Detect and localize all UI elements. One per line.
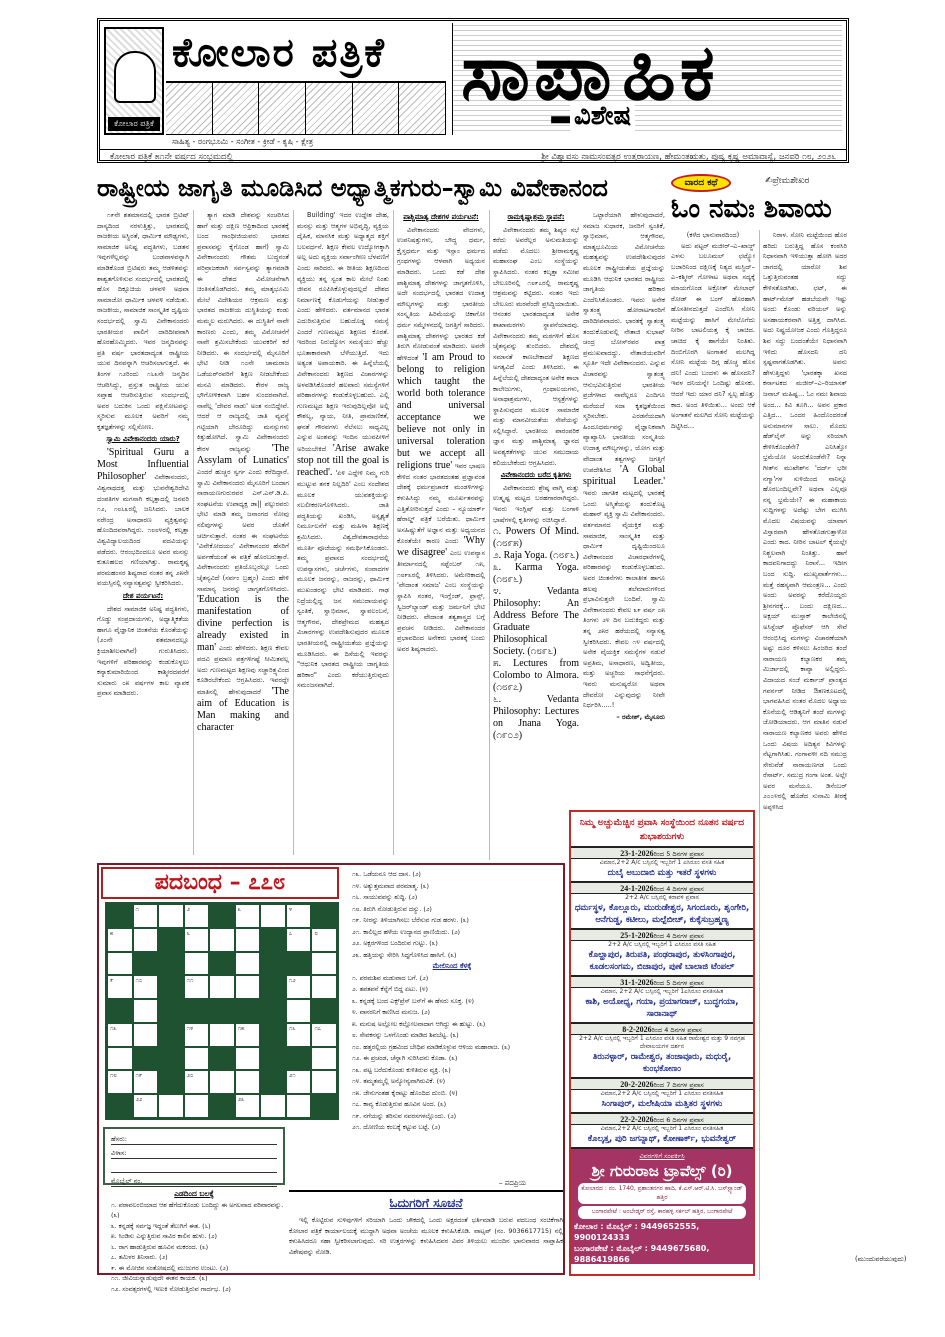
crossword-cell[interactable] bbox=[311, 1047, 337, 1071]
crossword-black-cell bbox=[184, 999, 210, 1023]
article-column-6: ಒಟ್ಟಾರೆಯಾಗಿ ಹೇಳುವುದಾದರೆ, ಸಮಾಜ ಸುಧಾರಕ, ಜನ… bbox=[583, 210, 665, 810]
tour-start-date: 24-1-2026 bbox=[620, 884, 653, 893]
story-paragraph: ಅದು ಪಟ್ಟರ್ ಮಜೀರ್–ಎ–ಖಾಜ್ಜ್ ಎಳಸು ಬಲೂಮಲ್ ಛಟ… bbox=[671, 241, 755, 432]
tour-duration: ರಿಂದ 7 ದಿನಗಳ ಪ್ರವಾಸ bbox=[654, 1081, 704, 1089]
tour-package: 25-1-2026ರಿಂದ 4 ದಿನಗಳ ಪ್ರವಾಸ2+2 A/c ಬಸ್ಸ… bbox=[571, 930, 753, 977]
crossword-cell[interactable]: ೪ bbox=[286, 904, 312, 928]
crossword-clue: ೨೧. ಕಾಲಿಲ್ಲದ ಹಳೆಯ ಉದ್ಯಾನದ ಪ್ರಾಣಿಯಿದು. (೨… bbox=[344, 927, 560, 939]
masthead: ಕೋಲಾರ ಪತ್ರಿಕೆ ಕೋಲಾರ ಪತ್ರಿಕೆ ಸಾಹಿತ್ಯ - ರಂ… bbox=[97, 18, 849, 163]
crossword-clue: ೧೪. ತಮ್ಮತಮ್ಮಲ್ಲಿ ಅನ್ಯೋನ್ಯವಾಗಿರುವಿಕೆ. (೪) bbox=[344, 1076, 560, 1088]
crossword-credit: – ಪದಪ್ರಿಯ bbox=[499, 1179, 526, 1188]
article-paragraph: ವಿವೇಕಾನಂದರು, ವಿಶ್ವನಾಥದತ್ತ ಮತ್ತು ಭುವನೇಶ್ವ… bbox=[97, 473, 189, 587]
tour-description: 2+2 A/c ಬಸ್ಸಿನಲ್ಲಿ ಇಬ್ಬರಿಗೆ 1 ಎಸಿರೂಂ ವಸತ… bbox=[571, 941, 753, 949]
crossword-black-cell bbox=[158, 1047, 184, 1071]
section-heading-who: ಸ್ವಾಮಿ ವಿವೇಕಾನಂದರು ಯಾರು? bbox=[97, 434, 189, 445]
ball-icon bbox=[399, 83, 446, 134]
crossword-black-cell bbox=[158, 1070, 184, 1094]
crossword-cell[interactable] bbox=[286, 999, 312, 1023]
crossword-cell[interactable] bbox=[107, 952, 133, 976]
tour-date: 24-1-2026ರಿಂದ 4 ದಿನಗಳ ಪ್ರವಾಸ bbox=[571, 883, 753, 894]
bangarapet-address: ಬಂಗಾರಪೇಟೆ : ಅಂಬೇಡ್ಕರ್ ರಸ್ತೆ, ಕಾರಹಳ್ಳಿ ಸರ… bbox=[578, 1206, 746, 1219]
tour-destinations: ತಿರುನಳ್ಳಾರ್, ರಾಮೇಶ್ವರ, ತಂಜಾವೂರು, ಮಧುರೈ, … bbox=[571, 1051, 753, 1077]
works-list-item: ೪. Vedanta Philosophy: An Address Before… bbox=[493, 586, 579, 658]
agriculture-icon bbox=[353, 83, 400, 134]
crossword-black-cell bbox=[158, 952, 184, 976]
continued-from-label: (ಕಳೆದ ಭಾನುವಾರದಿಂದ) bbox=[671, 230, 755, 241]
crossword-cell[interactable] bbox=[184, 952, 210, 976]
contact-label: ವಿವರಗಳಿಗೆ ಸಂಪರ್ಕಿಸಿ bbox=[574, 1152, 750, 1161]
column-divider bbox=[759, 230, 760, 1280]
continued-label: (ಮುಂದುವರೆಯುವುದು) bbox=[855, 1255, 906, 1264]
masthead-tagline: ಸಾಹಿತ್ಯ - ರಂಗಭೂಮಿ - ಸಂಗೀತ - ಕ್ರೀಡೆ - ಕೃಷ… bbox=[166, 135, 446, 149]
crossword-cell[interactable] bbox=[235, 975, 261, 999]
name-field[interactable]: ಹೆಸರು: bbox=[111, 1132, 277, 1145]
column-divider bbox=[489, 210, 490, 860]
ad-contact-footer: ವಿವರಗಳಿಗೆ ಸಂಪರ್ಕಿಸಿ ಶ್ರೀ ಗುರುರಾಜ ಟ್ರಾವೆಲ… bbox=[571, 1149, 753, 1264]
crossword-cell[interactable]: ೧೬ bbox=[286, 1023, 312, 1047]
crossword-black-cell bbox=[260, 975, 286, 999]
crossword-cell[interactable]: ೧೩ bbox=[107, 1023, 133, 1047]
crossword-clue: ೧೪. ಅತ್ಯುತ್ತಮವಾದ ಪರಮಾತ್ಮ. (೩) bbox=[344, 881, 560, 893]
crossword-cell[interactable]: ೨೧ bbox=[286, 1070, 312, 1094]
crossword-black-cell bbox=[107, 999, 133, 1023]
crossword-black-cell bbox=[260, 928, 286, 952]
music-instrument-icon bbox=[259, 83, 306, 134]
crossword-cell[interactable]: ೧೪ bbox=[184, 1023, 210, 1047]
tour-start-date: 8-2-2026 bbox=[622, 1025, 651, 1034]
date-text: ಶ್ರೀ ವಿಶ್ವಾವಸು ನಾಮಸಂವತ್ಸರ ಉತ್ತರಾಯಣ, ಹೇಮಂ… bbox=[541, 150, 836, 163]
tour-date: 23-1-2026ರಿಂದ 5 ದಿನಗಳ ಪ್ರವಾಸ bbox=[571, 848, 753, 859]
article-column-2: ತ್ಯಾಗ ಮಾಡಿ ದೇಶವನ್ನು ಸಂಚರಿಸಿದ ಹಾಗೆ ಮತ್ತು … bbox=[197, 210, 289, 855]
phone-label: ಕೋಲಾರ : ಮೊಬೈಲ್ : bbox=[574, 1222, 638, 1231]
crossword-cell[interactable]: ೧೧ bbox=[184, 975, 210, 999]
crossword-clue: ೧. ಪರಮಶಿವ ಮಡುವಾದ ಬಗೆ. (೨) bbox=[344, 973, 560, 985]
tour-duration: ರಿಂದ 5 ದಿನಗಳ ಪ್ರವಾಸ bbox=[654, 850, 704, 858]
paper-name: ಕೋಲಾರ ಪತ್ರಿಕೆ bbox=[166, 27, 446, 79]
article-byline: – ರಮೇಶ್, ಮೈಸೂರು bbox=[583, 712, 665, 723]
crossword-clue: ೧೯. ನೀರನ್ನು ತಿಳಿಯಾಗಿಸಲು ಬೆರೆಸುವ ಗುಡ ಹರಳು… bbox=[344, 915, 560, 927]
tour-description: ವಿಮಾನ, 2+2 A/c ಬಸ್ಸಿನಲ್ಲಿ ಇಬ್ಬರಿಗೆ 1ಎಸಿರ… bbox=[571, 988, 753, 996]
address-label: ವಿಳಾಸ: bbox=[111, 1149, 137, 1158]
section-heading-tour: ದೇಶ ಪರ್ಯಟನೆ: bbox=[97, 591, 189, 602]
tour-start-date: 25-1-2026 bbox=[620, 931, 653, 940]
crossword-black-cell bbox=[133, 1047, 159, 1071]
sports-racket-icon bbox=[306, 83, 353, 134]
name-label: ಹೆಸರು: bbox=[111, 1135, 137, 1144]
crossword-cell[interactable]: ೭ bbox=[286, 928, 312, 952]
tour-description: 2+2 A/c ಬಸ್ಸಿನಲ್ಲಿ ಇಬ್ಬರಿಗೆ 1 ಎಸಿರೂಂ ವಸತ… bbox=[571, 1035, 753, 1051]
crossword-clue: ೧೫. ಜೇನುಗಂತಹ ಕೈರಾಟ್ಟು ಹೊಂದಿದ ದುಂಬಿ. (೪) bbox=[344, 1088, 560, 1100]
tour-start-date: 31-1-2026 bbox=[620, 978, 653, 987]
crossword-section: ಪದಬಂಧ – ೭೭೮ ೧೨೩೪೫೬೭೮೯೧೦೧೧೧೨೧೩೧೪೧೫೧೬೧೭೧೮೧… bbox=[97, 863, 565, 1275]
crossword-clue: ೧೬. ಸಾಯುವವನ್ನು ಶುದ್ಧಿ. (೨) bbox=[344, 892, 560, 904]
tour-description: ವಿಮಾನ,2+2 A/c ಬಸ್ಸಿನಲ್ಲಿ ಇಬ್ಬರಿಗೆ 1 ಎಸಿರ… bbox=[571, 1125, 753, 1133]
crossword-black-cell bbox=[209, 904, 235, 928]
crossword-clue: ೧೦. ಹತ್ತರಲ್ಲಿಯ ಗ್ರಹವಿಂದ ಬೇಧಿಪ ಮಾಡಿಕೊಳ್ಳು… bbox=[344, 1042, 560, 1054]
article-paragraph: ಎಂದರೆ ಹುಚ್ಚರ ಸ್ವರ್ಗ ಎಂದು ಕರೆದಿದ್ದಾರೆ. ಸ್… bbox=[197, 468, 289, 593]
crossword-clue: ೯. ಈ ಮೋಜಿನ ಸಂತೋಷದಲ್ಲಿ ಮುಜುಗರ ಉಂಟು. (೨) bbox=[103, 1263, 285, 1274]
crossword-cell[interactable]: ೧೯ bbox=[133, 1070, 159, 1094]
travel-brand-name: ಶ್ರೀ ಗುರುರಾಜ ಟ್ರಾವೆಲ್ಸ್ (ರಿ) bbox=[574, 1161, 750, 1181]
works-list-item: ೫. Lectures from Colombo to Almora. (೧೮೯… bbox=[493, 658, 579, 694]
tour-description: 2+2 A/c ಬಸ್ಸಿನಲ್ಲಿ ಕರಾವಳಿ ಪ್ರವಾಸ bbox=[571, 894, 753, 902]
article-paragraph: ಇವರು ಜಾಗತಿಕ ಮಟ್ಟದಲ್ಲಿ ಭಾರತಕ್ಕೆ ಒಂದು ಅಸ್ಮ… bbox=[583, 489, 665, 709]
supplement-name: ಸಾಪ್ತಾಹಿಕ bbox=[452, 23, 842, 135]
bangarapet-phones: ಬಂಗಾರಪೇಟೆ : ಮೊಬೈಲ್ : 9449675680, 9886419… bbox=[574, 1243, 750, 1265]
crossword-cell[interactable]: ೯ bbox=[107, 975, 133, 999]
story-author: ✍ಪ್ರೇಮಶೇಖರ bbox=[765, 176, 809, 186]
crossword-black-cell bbox=[133, 952, 159, 976]
crossword-cell[interactable] bbox=[235, 1070, 261, 1094]
article-paragraph: 'ಏಳಿ ಎದ್ದೇಳಿ ನಿಮ್ಮ ಗುರಿ ಮುಟ್ಟುವ ತನಕ ನಿಲ್… bbox=[297, 469, 389, 689]
works-list-item: ೩. Karma Yoga. (೧೮೯೬) bbox=[493, 562, 579, 586]
elephant-icon bbox=[114, 51, 156, 103]
kolar-phones: ಕೋಲಾರ : ಮೊಬೈಲ್ : 9449652555, 9900124333 bbox=[574, 1221, 750, 1243]
tour-duration: ರಿಂದ 4 ದಿನಗಳ ಪ್ರವಾಸ bbox=[652, 1026, 702, 1034]
crossword-clue: ೧೧. ಜೀವಿಯನ್ನಾಡುವುದೇ ಈತನ ಕಾಯಕ. (೩) bbox=[103, 1273, 285, 1284]
crossword-cell[interactable] bbox=[286, 1094, 312, 1118]
crossword-cell[interactable]: ೨೦ bbox=[184, 1070, 210, 1094]
story-column-2: ನಿರಾಳ. ಸೋನಿ ಮಟ್ಟೆಯಿಂದ ಹೊರ ಹರಿದು ಬರುತ್ತಿದ… bbox=[763, 230, 847, 1275]
elephant-logo-icon: ಕೋಲಾರ ಪತ್ರಿಕೆ bbox=[104, 27, 164, 135]
kolar-address: ಕೋಲಾರದ : ನಂ. 1740, ಪ್ರಶಾಂತನಗರ ಹಾದಿ, ಕೆ.ಎ… bbox=[578, 1183, 746, 1204]
crossword-cell[interactable] bbox=[133, 928, 159, 952]
crossword-cell[interactable] bbox=[311, 975, 337, 999]
crossword-black-cell bbox=[260, 1023, 286, 1047]
tour-destinations: ಕಾಶಿ, ಅಯೋಧ್ಯ, ಗಯಾ, ಪ್ರಯಾಗರಾಜ್, ಬುದ್ಧಗಯಾ,… bbox=[571, 996, 753, 1022]
works-list-item: ೬. Vedanta Philosophy: Lectures on Jnana… bbox=[493, 694, 579, 742]
crossword-cell[interactable]: ೫ bbox=[107, 928, 133, 952]
crossword-cell[interactable]: ೧೨ bbox=[286, 975, 312, 999]
newspaper-page: ಕೋಲಾರ ಪತ್ರಿಕೆ ಕೋಲಾರ ಪತ್ರಿಕೆ ಸಾಹಿತ್ಯ - ರಂ… bbox=[97, 18, 849, 1318]
crossword-clue: ೧೮. ತಿರುಗಿ ನೋಡುತ್ತಿರುವ ದಸ್ಯು. (೨) bbox=[344, 904, 560, 916]
crossword-cell[interactable]: ೧೦ bbox=[133, 975, 159, 999]
across-clues-heading: ಎಡದಿಂದ ಬಲಕ್ಕೆ bbox=[103, 1189, 285, 1200]
article-paragraph: ಇವರ ಭಾಷಣ ಕೇಳಿದ ನಂತರ ಭಾರತದಂತಹ ಪ್ರಜ್ಞಾವಂತ … bbox=[397, 462, 485, 546]
column-divider bbox=[293, 210, 294, 855]
tour-package: 8-2-2026ರಿಂದ 4 ದಿನಗಳ ಪ್ರವಾಸ2+2 A/c ಬಸ್ಸಿ… bbox=[571, 1024, 753, 1079]
crossword-clue: ೨. ತಪತಪನೆ ಕೆನ್ನೆಗೆ ಬಿದ್ದ ಏಟು. (೪) bbox=[344, 984, 560, 996]
crossword-cell[interactable] bbox=[209, 928, 235, 952]
article-paragraph: ವಿವೇಕಾನಂದರು ತಮ್ಮ ಶಿಷ್ಯರ ಸಭೆ ಕರೆದು ಅವರೆಲ್… bbox=[493, 225, 579, 469]
supplement-subtitle: ವಿಶೇಷ bbox=[570, 101, 635, 132]
readers-notice: ಓದುಗರಿಗೆ ಸೂಚನೆ ಇಲ್ಲಿ ಕೊಟ್ಟಿರುವ ಸುಳಿವುಗಳಿ… bbox=[289, 1190, 563, 1257]
down-clues-heading: ಮೇಲಿನಿಂದ ಕೆಳಕ್ಕೆ bbox=[344, 961, 560, 973]
tour-destinations: ಸಿಂಗಾಪುರ್, ಮಲೇಷಿಯಾ ಮತ್ತಿತರ ಸ್ಥಳಗಳು bbox=[571, 1098, 753, 1112]
crossword-clue: ೧೯. ನಗೆಯನ್ನು ತರಿಸುವ ನವರಸಗಳಲ್ಲೊಂದು. (೨) bbox=[344, 1111, 560, 1123]
crossword-black-cell bbox=[209, 952, 235, 976]
crossword-black-cell bbox=[209, 1094, 235, 1118]
tour-date: 25-1-2026ರಿಂದ 4 ದಿನಗಳ ಪ್ರವಾಸ bbox=[571, 930, 753, 941]
crossword-black-cell bbox=[107, 1094, 133, 1118]
crossword-cell[interactable] bbox=[235, 1047, 261, 1071]
crossword-cell[interactable]: ೬ bbox=[184, 928, 210, 952]
tour-start-date: 23-1-2026 bbox=[620, 849, 653, 858]
crossword-cell[interactable]: ೩ bbox=[235, 904, 261, 928]
tour-package: 20-2-2026ರಿಂದ 7 ದಿನಗಳ ಪ್ರವಾಸವಿಮಾನ,2+2 A/… bbox=[571, 1079, 753, 1114]
crossword-cell[interactable] bbox=[158, 904, 184, 928]
tour-start-date: 20-2-2026 bbox=[620, 1080, 653, 1089]
crossword-black-cell bbox=[209, 999, 235, 1023]
english-quote: 'I am Proud to belong to religion which … bbox=[397, 352, 485, 471]
crossword-cell[interactable] bbox=[158, 1094, 184, 1118]
crossword-clue: ೧೩. ಒಡೆಯನೂ ಆದ ದಾಸ. (೨) bbox=[344, 869, 560, 881]
crossword-grid: ೧೨೩೪೫೬೭೮೯೧೦೧೧೧೨೧೩೧೪೧೫೧೬೧೭೧೮೧೯೨೦೨೧೨೨೨೩ bbox=[105, 902, 339, 1120]
mobile-label: ಮೊಬೈಲ್ ನಂ. bbox=[111, 1177, 171, 1186]
column-divider bbox=[193, 210, 194, 855]
tour-date: 20-2-2026ರಿಂದ 7 ದಿನಗಳ ಪ್ರವಾಸ bbox=[571, 1079, 753, 1090]
crossword-clue: ೨೨. ಅಕ್ಷರಗಳಿಂದ ಬಂದಿರುವ ಗುಟ್ಟು. (೩) bbox=[344, 938, 560, 950]
crossword-clue: ೧. ಪರಾವಲಂಬಿಯಾದ ಆಶ ಹೆಗೆದುಕೊಂಡು ಬಂದಿದ್ದು ಈ… bbox=[103, 1200, 285, 1221]
crossword-black-cell bbox=[311, 904, 337, 928]
readers-notice-title: ಓದುಗರಿಗೆ ಸೂಚನೆ bbox=[289, 1190, 563, 1211]
column-divider bbox=[393, 210, 394, 855]
tour-package: 22-2-2026ರಿಂದ 6 ದಿನಗಳ ಪ್ರವಾಸವಿಮಾನ,2+2 A/… bbox=[571, 1114, 753, 1149]
story-column-1: (ಕಳೆದ ಭಾನುವಾರದಿಂದ) ಅದು ಪಟ್ಟರ್ ಮಜೀರ್–ಎ–ಖಾ… bbox=[671, 230, 755, 810]
tour-date: 31-1-2026ರಿಂದ 5 ದಿನಗಳ ಪ್ರವಾಸ bbox=[571, 977, 753, 988]
article-paragraph: ವಿವೇಕಾನಂದರು ಶ್ರೇಷ್ಠ ವಾಗ್ಮಿ ಮತ್ತು ಉತ್ಕೃಷ್… bbox=[493, 483, 579, 525]
crossword-cell[interactable]: ೨ bbox=[184, 904, 210, 928]
crossword-cell[interactable] bbox=[235, 928, 261, 952]
article-paragraph: ತ್ಯಾಗ ಮಾಡಿ ದೇಶವನ್ನು ಸಂಚರಿಸಿದ ಹಾಗೆ ಮತ್ತು … bbox=[197, 211, 289, 453]
crossword-black-cell bbox=[158, 999, 184, 1023]
tour-date: 8-2-2026ರಿಂದ 4 ದಿನಗಳ ಪ್ರವಾಸ bbox=[571, 1024, 753, 1035]
crossword-clue: ೫. ಮನುಷ ಅಲ್ಲೋಲ ಕಲ್ಲೋಲವಾದಾಗ ಆಗಿದ್ದು ಈ ಹುಟ… bbox=[344, 1019, 560, 1031]
crossword-clue: ೧೨. ಈ ಪ್ರಚಂಡ, ಚೆನ್ನಾಗಿ ಸುರಿಸಿದನು ಕೊಡಾ. (… bbox=[344, 1053, 560, 1065]
tour-duration: ರಿಂದ 5 ದಿನಗಳ ಪ್ರವಾಸ bbox=[654, 979, 704, 987]
article-paragraph: Building' ಇದರ ಉದ್ದೇಶ ದೇಹ, ಮನಸ್ಸು ಮತ್ತು ಆ… bbox=[297, 211, 389, 453]
crossword-black-cell bbox=[235, 999, 261, 1023]
crossword-clue: ೫. ಸಿಂಡಿಸು ಎನ್ನುತ್ತಿರುವ ಸಾವಿರ ಕಾಲಿನ ಹುಳು… bbox=[103, 1231, 285, 1242]
crossword-black-cell bbox=[311, 1094, 337, 1118]
crossword-black-cell bbox=[158, 1023, 184, 1047]
article-paragraph: ವಿವೇಕಾನಂದರು ವೇದಗಳು, ಉಪನಿಷತ್ತುಗಳು, ಬೌದ್ಧ … bbox=[397, 226, 485, 362]
crossword-cell[interactable] bbox=[311, 1070, 337, 1094]
crossword-clue: ೩. ಕನ್ನಡಕ್ಕೆ ಸರ್ವಜ್ಞ ಇದ್ದಂತೆ ತೆಲುಗಿಗೆ ಈತ… bbox=[103, 1221, 285, 1232]
readers-notice-text: ಇಲ್ಲಿ ಕೊಟ್ಟಿರುವ ಸುಳಿವುಗಳಿಗೆ ಸರಿಯಾಗಿ ಒಂದು… bbox=[289, 1215, 563, 1257]
crossword-cell[interactable] bbox=[184, 1047, 210, 1071]
crossword-cell[interactable]: ೧೫ bbox=[235, 1023, 261, 1047]
article-column-3: Building' ಇದರ ಉದ್ದೇಶ ದೇಹ, ಮನಸ್ಸು ಮತ್ತು ಆ… bbox=[297, 210, 389, 855]
crossword-black-cell bbox=[107, 904, 133, 928]
crossword-cell[interactable] bbox=[107, 1047, 133, 1071]
crossword-black-cell bbox=[260, 999, 286, 1023]
across-clues-panel: ಎಡದಿಂದ ಬಲಕ್ಕೆ ೧. ಪರಾವಲಂಬಿಯಾದ ಆಶ ಹೆಗೆದುಕೊ… bbox=[103, 1189, 285, 1294]
crossword-clue: ೨೩. ಹತ್ತಿಯನ್ನು ಸೇರಿಸಿ ಸಿದ್ಧಗೊಳಿಸಿದ ಹಾಸಿಗ… bbox=[344, 950, 560, 962]
crossword-clue: ೬. ರಾಗ ಹಾಡುತ್ತಿರುವ ಹೂವಿನ ಮಕರಂದ. (೩) bbox=[103, 1242, 285, 1253]
tour-start-date: 22-2-2026 bbox=[620, 1115, 653, 1124]
crossword-clue: ೨೧. ದೋಣಿಯ ಕಂಬಕ್ಕೆ ಕಟ್ಟುವ ಬಟ್ಟೆ. (೨) bbox=[344, 1122, 560, 1134]
works-list-item: ೨. Raja Yoga. (೧೮೯೬) bbox=[493, 550, 579, 562]
crossword-cell[interactable] bbox=[133, 1023, 159, 1047]
tour-package: 23-1-2026ರಿಂದ 5 ದಿನಗಳ ಪ್ರವಾಸವಿಮಾನ,2+2 A/… bbox=[571, 848, 753, 883]
ad-header: ನಿಮ್ಮ ಅಚ್ಚುಮೆಚ್ಚಿನ ಪ್ರವಾಸಿ ಸಂಸ್ಥೆಯಿಂದ ನೂ… bbox=[571, 812, 753, 848]
tour-package: 24-1-2026ರಿಂದ 4 ದಿನಗಳ ಪ್ರವಾಸ2+2 A/c ಬಸ್ಸ… bbox=[571, 883, 753, 930]
crossword-black-cell bbox=[311, 999, 337, 1023]
address-field-line2[interactable] bbox=[111, 1160, 277, 1173]
crossword-clue: ೮. ಸೇವಕನನ್ನು ಒಳಗೊಂಡು ಮಾಡಿದ ಶಿವಬೆಟ್ಟ. (೩) bbox=[344, 1030, 560, 1042]
crossword-clue: ೧೨. ಸಂವತ್ಸರಗಳಲ್ಲಿ ಇಣುಕಿ ನೋಡುತ್ತಿರುವ ಗಾರ್… bbox=[103, 1284, 285, 1295]
phone-label: ಬಂಗಾರಪೇಟೆ : ಮೊಬೈಲ್ : bbox=[574, 1244, 648, 1253]
article-column-4: ಪಾಶ್ಚಿಮಾತ್ಯ ದೇಶಗಳ ಪರ್ಯಟನೆ: ವಿವೇಕಾನಂದರು ವ… bbox=[397, 210, 485, 860]
article-column-1: ೧೯ನೇ ಶತಮಾನದಲ್ಲಿ ಭಾರತ ಬ್ರಿಟಿಷ್ ದಾಸ್ಯದಿಂದ … bbox=[97, 210, 189, 855]
article-paragraph: ಒಟ್ಟಾರೆಯಾಗಿ ಹೇಳುವುದಾದರೆ, ಸಮಾಜ ಸುಧಾರಕ, ಜನ… bbox=[583, 211, 665, 474]
book-icon bbox=[166, 83, 213, 134]
main-headline: ರಾಷ್ಟ್ರೀಯ ಜಾಗೃತಿ ಮೂಡಿಸಿದ ಅಧ್ಯಾತ್ಮಿಕಗುರು–… bbox=[97, 170, 672, 206]
crossword-black-cell bbox=[158, 975, 184, 999]
article-paragraph: ೧೯ನೇ ಶತಮಾನದಲ್ಲಿ ಭಾರತ ಬ್ರಿಟಿಷ್ ದಾಸ್ಯದಿಂದ … bbox=[97, 210, 189, 432]
article-paragraph: ಎಂಬ ಉಪನ್ಯಾಸ ತೀರ್ಮಾನದಲ್ಲಿ ಸಪ್ಟೆಂಬರ್ ೧೫, ೧… bbox=[397, 549, 485, 653]
crossword-cell[interactable] bbox=[184, 1094, 210, 1118]
section-heading-works: ವಿವೇಕಾನಂದರು ಬರೆದ ಕೃತಿಗಳು bbox=[493, 470, 579, 481]
tour-duration: ರಿಂದ 4 ದಿನಗಳ ಪ್ರವಾಸ bbox=[654, 885, 704, 893]
crossword-cell[interactable]: ೧೭ bbox=[311, 1023, 337, 1047]
crossword-black-cell bbox=[260, 1070, 286, 1094]
tour-description: ವಿಮಾನ,2+2 A/c ಬಸ್ಸಿನಲ್ಲಿ ಇಬ್ಬರಿಗೆ 1 ಎಸಿರ… bbox=[571, 859, 753, 867]
crossword-clue: ೪. ವಾನರನಿಗೆ ಕಾಣಿಸಿದ ಮನುಜ. (೨) bbox=[344, 1007, 560, 1019]
crossword-black-cell bbox=[209, 1047, 235, 1071]
tour-destinations: ದುಬೈ ಅಬುದಾಬಿ ಮತ್ತು ಇತರೆ ಸ್ಥಳಗಳು bbox=[571, 867, 753, 881]
tour-destinations: ಕೊಲ್ಹಾಪುರ, ತಿರುಪತಿ, ಪಂಢರಾಪುರ, ತುಳಸಿಂಗಾಪು… bbox=[571, 949, 753, 975]
theatre-masks-icon bbox=[213, 83, 260, 134]
tour-description: ವಿಮಾನ,2+2 A/c ಬಸ್ಸಿನಲ್ಲಿ ಇಬ್ಬರಿಗೆ 1 ಎಸಿರ… bbox=[571, 1090, 753, 1098]
tour-duration: ರಿಂದ 4 ದಿನಗಳ ಪ್ರವಾಸ bbox=[654, 932, 704, 940]
crossword-black-cell bbox=[158, 928, 184, 952]
crossword-clue: ೧೩. ಪಟ್ಟ ಬರೆದುಕೊಂಡು ಕುಳಿತಿರುವ ವ್ಯಕ್ತಿ. (… bbox=[344, 1065, 560, 1077]
crossword-clues-panel: ೧೩. ಒಡೆಯನೂ ಆದ ದಾಸ. (೨)೧೪. ಅತ್ಯುತ್ತಮವಾದ ಪ… bbox=[344, 869, 560, 1189]
tour-package: 31-1-2026ರಿಂದ 5 ದಿನಗಳ ಪ್ರವಾಸವಿಮಾನ, 2+2 A… bbox=[571, 977, 753, 1024]
crossword-cell[interactable] bbox=[133, 999, 159, 1023]
crossword-black-cell bbox=[286, 1047, 312, 1071]
logo-caption: ಕೋಲಾರ ಪತ್ರಿಕೆ bbox=[108, 117, 160, 131]
crossword-cell[interactable]: ೮ bbox=[311, 928, 337, 952]
tour-date: 22-2-2026ರಿಂದ 6 ದಿನಗಳ ಪ್ರವಾಸ bbox=[571, 1114, 753, 1125]
crossword-cell[interactable] bbox=[235, 952, 261, 976]
dateline-bar: ಕೋಲಾರ ಪತ್ರಿಕೆ ೫೧ನೇ ವರ್ಷದ ಸಂಭ್ರಮದಲ್ಲಿ ಶ್ರ… bbox=[100, 149, 846, 163]
travel-advertisement: ನಿಮ್ಮ ಅಚ್ಚುಮೆಚ್ಚಿನ ಪ್ರವಾಸಿ ಸಂಸ್ಥೆಯಿಂದ ನೂ… bbox=[569, 810, 755, 1276]
article-paragraph: ದೇಶದ ಸಾಮಾಜಿಕ ಅನಿಷ್ಟ ಪದ್ಧತಿಗಳು, ಗೊಡ್ಡು ಸಂ… bbox=[97, 604, 189, 699]
anniversary-text: ಕೋಲಾರ ಪತ್ರಿಕೆ ೫೧ನೇ ವರ್ಷದ ಸಂಭ್ರಮದಲ್ಲಿ bbox=[110, 150, 233, 163]
crossword-cell[interactable]: ೨೩ bbox=[235, 1094, 261, 1118]
crossword-black-cell bbox=[260, 952, 286, 976]
tour-destinations: ಕೊಲ್ಕತ್ತ, ಪುರಿ ಜಗನ್ನಾಥ್, ಕೋಣಾರ್ಕ್, ಭುವನೇ… bbox=[571, 1133, 753, 1147]
crossword-black-cell bbox=[260, 1047, 286, 1071]
crossword-clue: ೩. ಕನ್ನಡಕ್ಕೆ ಬಂದ ಎಕ್ಸ್‌ಪ್ರೆಸ್ ಬಸ್‌ಗೆ ಈ ಹ… bbox=[344, 996, 560, 1008]
story-paragraph: ನಿರಾಳ. ಸೋನಿ ಮಟ್ಟೆಯಿಂದ ಹೊರ ಹರಿದು ಬರುತ್ತಿದ… bbox=[763, 230, 847, 813]
crossword-cell[interactable]: ೧ bbox=[133, 904, 159, 928]
crossword-clue: ೭. ತಮಿಳರ ತಿನಿಸಾರು. (೨) bbox=[103, 1252, 285, 1263]
crossword-cell[interactable] bbox=[209, 1070, 235, 1094]
entry-form: ಹೆಸರು: ವಿಳಾಸ: ಮೊಬೈಲ್ ನಂ. bbox=[103, 1127, 285, 1185]
weekly-story-badge: ವಾರದ ಕಥೆ bbox=[671, 174, 731, 192]
crossword-cell[interactable] bbox=[209, 975, 235, 999]
crossword-title: ಪದಬಂಧ – ೭೭೮ bbox=[101, 867, 339, 899]
tour-destinations: ಧರ್ಮಸ್ಥಳ, ಕೊಲ್ಲೂರು, ಮುರುಡೇಶ್ವರ, ಸಿಗಂದೂರು… bbox=[571, 902, 753, 928]
crossword-cell[interactable] bbox=[260, 1094, 286, 1118]
crossword-cell[interactable]: ೨೨ bbox=[133, 1094, 159, 1118]
culture-illustration-strip bbox=[166, 81, 446, 135]
address-field[interactable]: ವಿಳಾಸ: bbox=[111, 1146, 277, 1159]
tour-duration: ರಿಂದ 6 ದಿನಗಳ ಪ್ರವಾಸ bbox=[654, 1116, 704, 1124]
works-list-item: ೧. Powers Of Mind.(೧೮೯೫) bbox=[493, 526, 579, 550]
crossword-cell[interactable] bbox=[209, 1023, 235, 1047]
mobile-field[interactable]: ಮೊಬೈಲ್ ನಂ. bbox=[111, 1174, 277, 1187]
crossword-black-cell bbox=[286, 952, 312, 976]
section-heading-west: ಪಾಶ್ಚಿಮಾತ್ಯ ದೇಶಗಳ ಪರ್ಯಟನೆ: bbox=[397, 212, 485, 223]
crossword-cell[interactable] bbox=[260, 904, 286, 928]
crossword-cell[interactable] bbox=[311, 952, 337, 976]
section-heading-ashram: ರಾಮಕೃಷ್ಣಾಶ್ರಮ ಸ್ಥಾಪನೆ: bbox=[493, 212, 579, 223]
crossword-clue: ೧೭. ಕಾವ್ಯ ಕೊಡುತ್ತಿರುವ ಹೂವಿನ ಅಂದ. (೩) bbox=[344, 1099, 560, 1111]
crossword-cell[interactable]: ೧೮ bbox=[107, 1070, 133, 1094]
story-title: ಓಂ ನಮಃ ಶಿವಾಯ bbox=[671, 194, 832, 225]
